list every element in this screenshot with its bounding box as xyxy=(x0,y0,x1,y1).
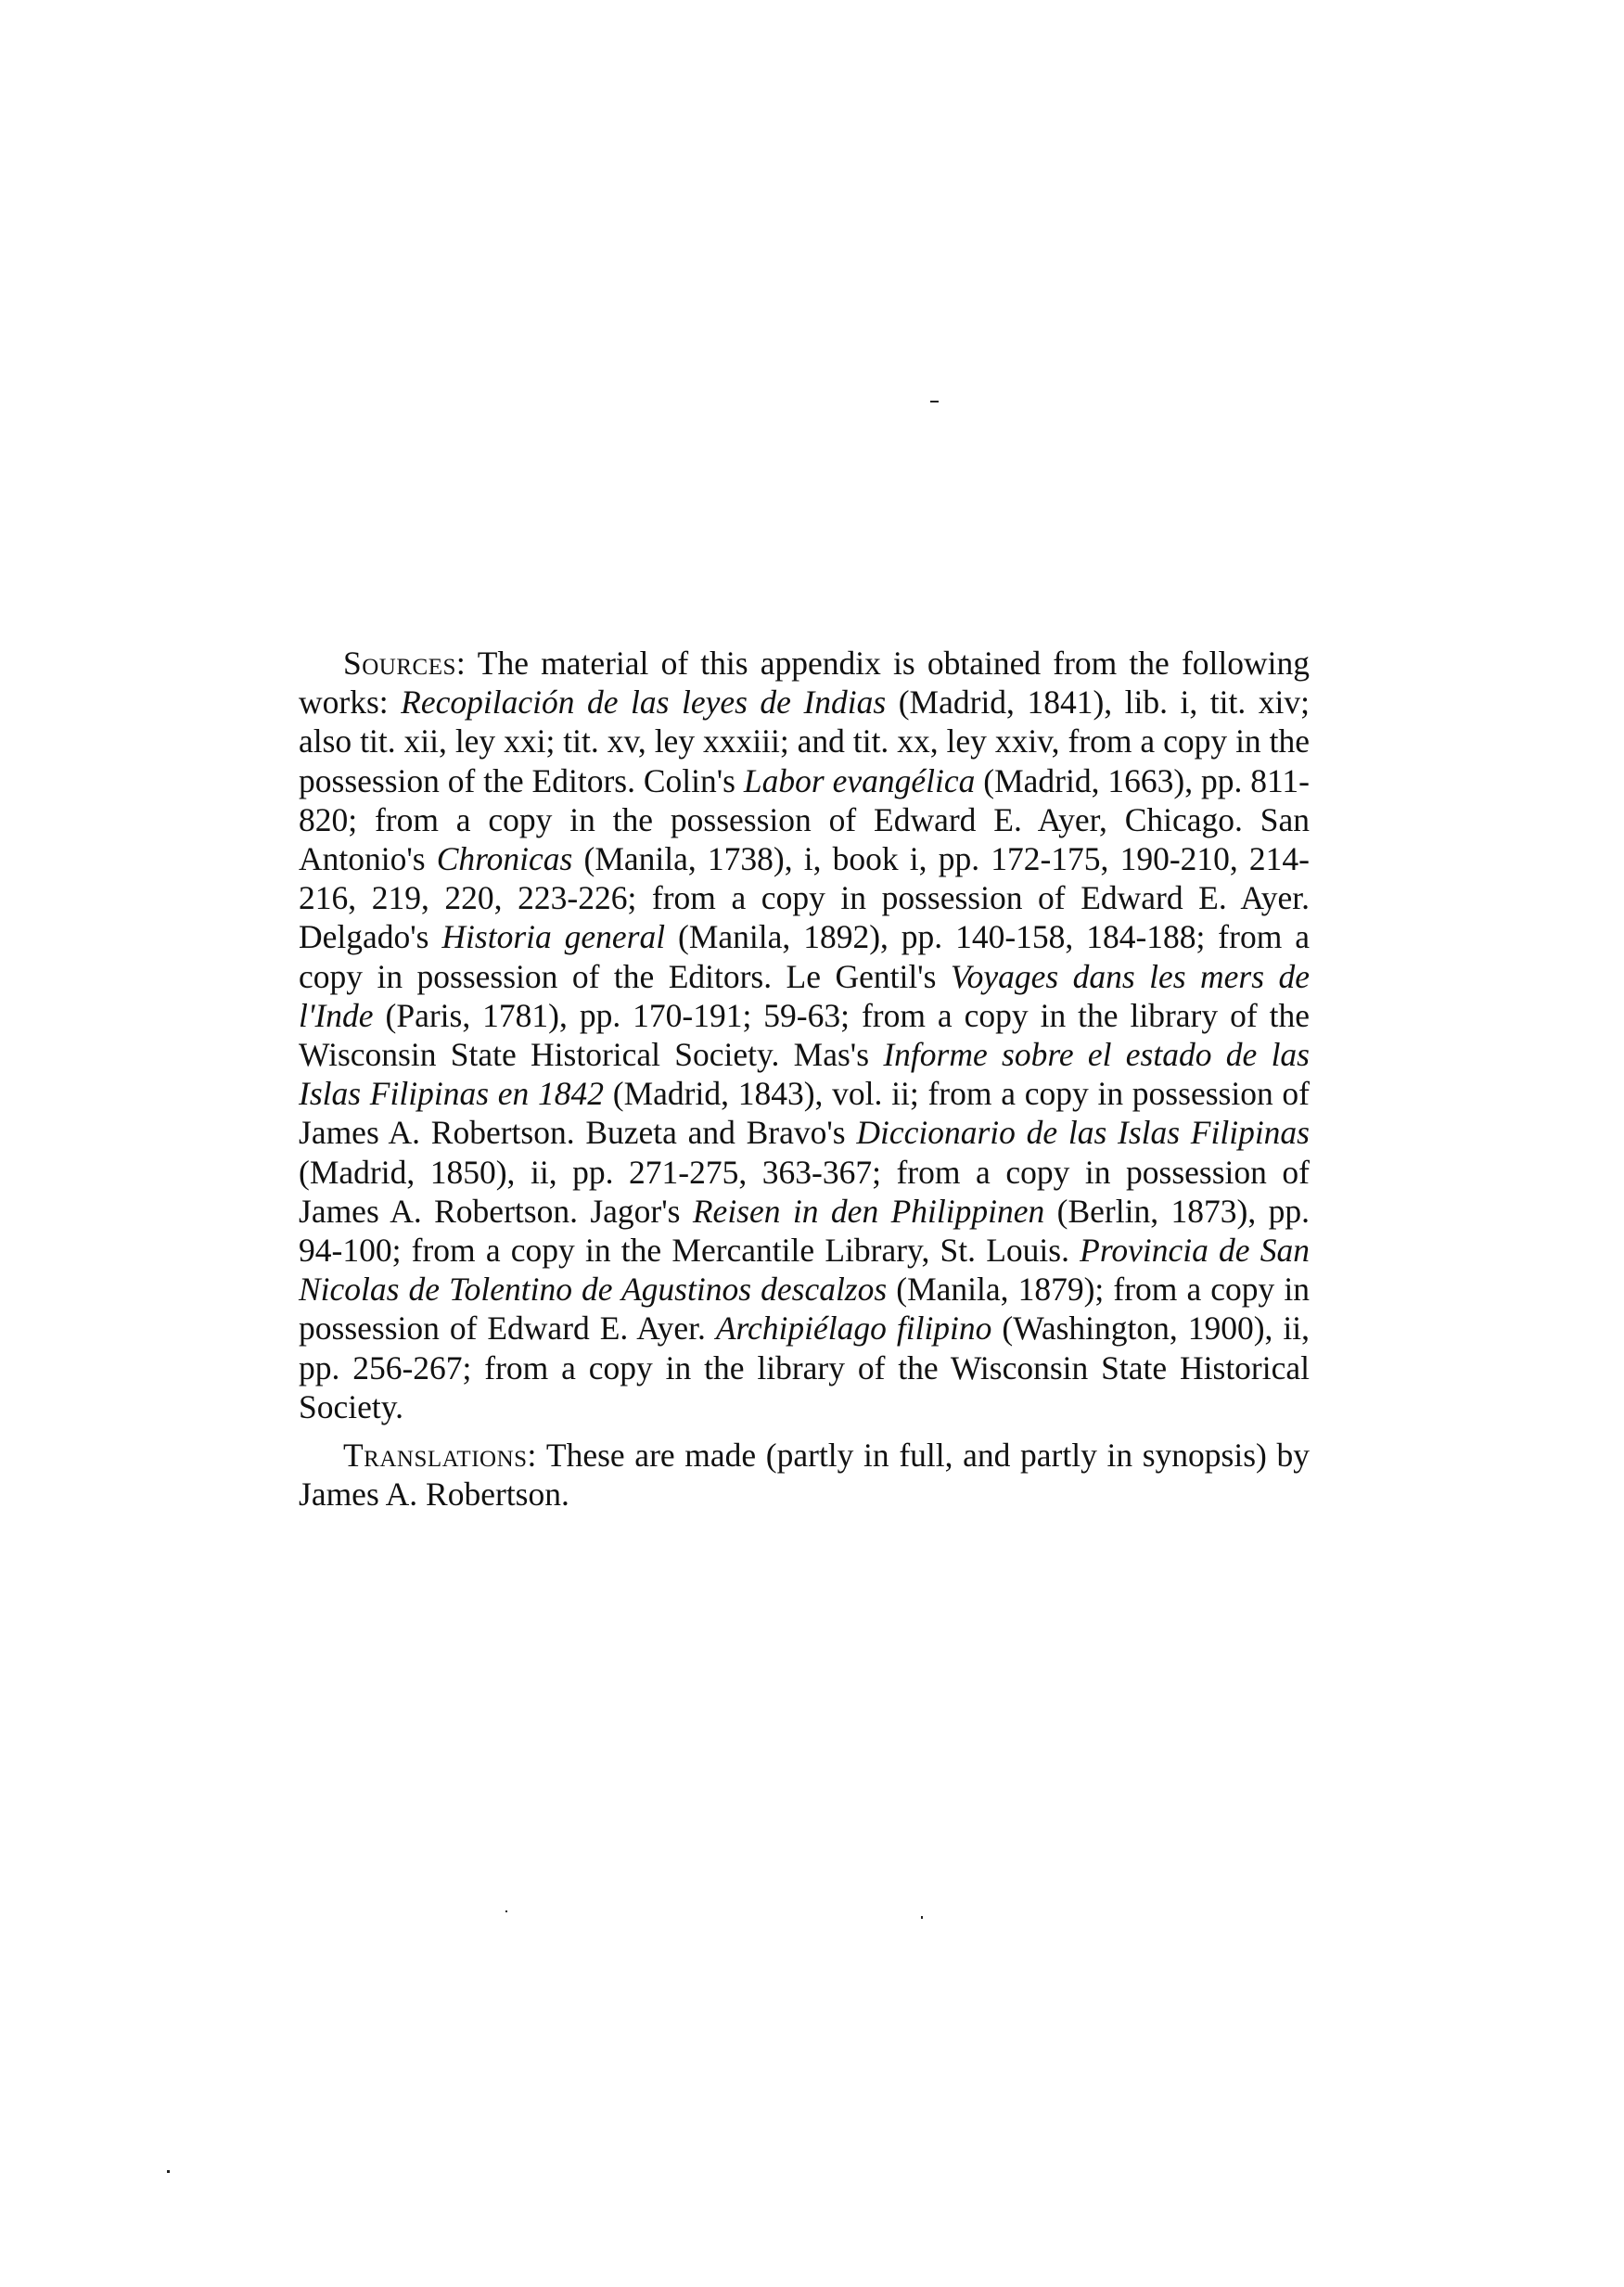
sources-body: The material of this appendix is obtaine… xyxy=(299,645,1310,1425)
sources-heading: Sources: xyxy=(343,645,466,682)
work-title: Labor evangélica xyxy=(744,762,975,799)
scan-speck xyxy=(930,401,939,402)
scan-speck xyxy=(505,1910,507,1912)
appendix-notes: Sources: The material of this appendix i… xyxy=(299,644,1310,1514)
scan-speck xyxy=(921,1916,923,1919)
work-title: Archipiélago filipino xyxy=(716,1310,992,1347)
translations-paragraph: Translations: These are made (partly in … xyxy=(299,1436,1310,1514)
work-title: Reisen in den Philip­pinen xyxy=(693,1193,1044,1230)
document-page: Sources: The material of this appendix i… xyxy=(0,0,1624,2287)
work-title: Chronicas xyxy=(437,840,573,877)
translations-heading: Translations: xyxy=(343,1437,537,1474)
work-title: Diccionario de las Islas Fili­pinas xyxy=(856,1114,1310,1151)
work-title: Historia general xyxy=(441,918,665,955)
sources-paragraph: Sources: The material of this appendix i… xyxy=(299,644,1310,1426)
work-title: Recopilación de las leyes de Indias xyxy=(401,684,886,721)
scan-speck xyxy=(167,2170,170,2173)
